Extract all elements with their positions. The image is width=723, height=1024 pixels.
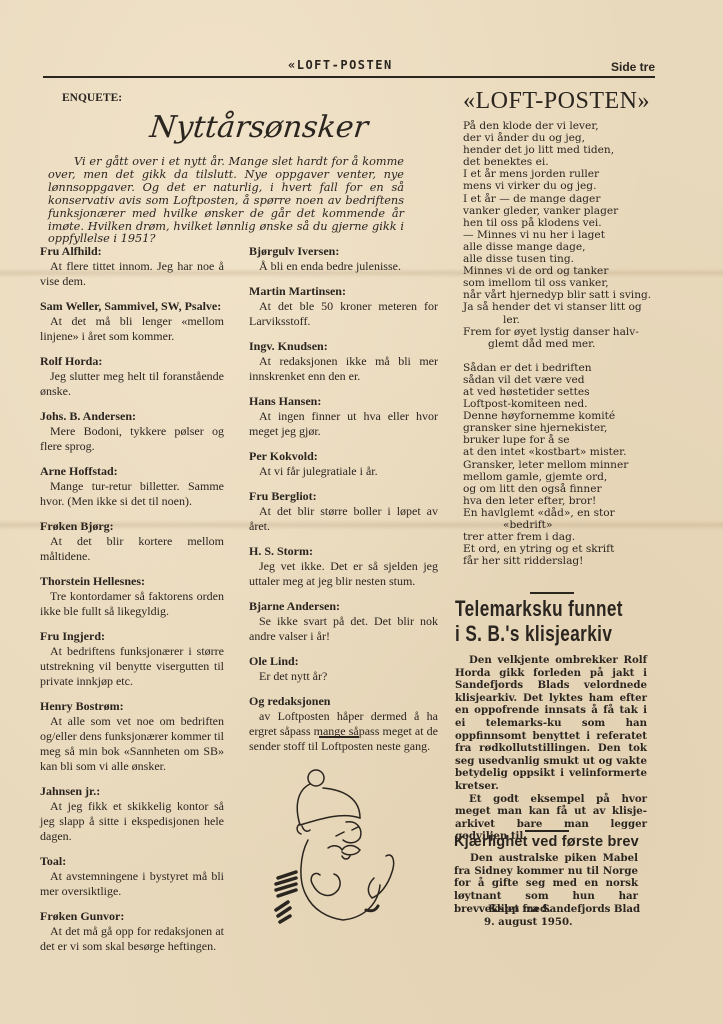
headline-line: i S. B.'s klisjearkiv bbox=[455, 621, 655, 646]
respondent-name: Fru Ingjerd: bbox=[40, 629, 224, 644]
poem-line: når vårt hjernedyp blir satt i sving. bbox=[463, 289, 663, 301]
article-title: Nyttårsønsker bbox=[148, 110, 370, 145]
poem-line: og om litt den også finner bbox=[463, 483, 663, 495]
respondent-answer: Jeg vet ikke. Det er så sjelden jeg utta… bbox=[249, 559, 438, 589]
running-head: «LOFT-POSTEN bbox=[288, 58, 393, 72]
respondent-answer: Å bli en enda bedre julenisse. bbox=[249, 259, 438, 274]
poem-line: hender det jo litt med tiden, bbox=[463, 144, 663, 156]
answer-entry: Thorstein Hellesnes:Tre kontordamer så f… bbox=[40, 574, 224, 619]
respondent-name: Fru Bergliot: bbox=[249, 489, 438, 504]
poem-line: Minnes vi de ord og tanker bbox=[463, 265, 663, 277]
poem-title: «LOFT-POSTEN» bbox=[463, 88, 650, 115]
brev-source: Klipp fra Sandefjords Blad 9. august 195… bbox=[488, 903, 640, 929]
answer-entry: Hans Hansen:At ingen finner ut hva eller… bbox=[249, 394, 438, 439]
respondent-name: Toal: bbox=[40, 854, 224, 869]
brev-headline: Kjærlighet ved første brev bbox=[454, 834, 639, 850]
answer-entry: Martin Martinsen:At det ble 50 kroner me… bbox=[249, 284, 438, 329]
poem-line: I et år mens jorden ruller bbox=[463, 168, 663, 180]
poem-body: På den klode der vi lever,der vi ånder d… bbox=[463, 120, 663, 567]
left-column: Fru Alfhild:At flere tittet innom. Jeg h… bbox=[40, 244, 224, 964]
poem-line: Sådan er det i bedriften bbox=[463, 362, 663, 374]
poem-line: vanker gleder, vanker plager bbox=[463, 205, 663, 217]
poem-line: som imellom til oss vanker, bbox=[463, 277, 663, 289]
answer-entry: Ole Lind:Er det nytt år? bbox=[249, 654, 438, 684]
respondent-answer: At det må gå opp for redaksjonen at det … bbox=[40, 924, 224, 954]
answer-entry: Fru Alfhild:At flere tittet innom. Jeg h… bbox=[40, 244, 224, 289]
section-divider bbox=[319, 736, 359, 738]
respondent-name: Bjarne Andersen: bbox=[249, 599, 438, 614]
answer-entry: Arne Hoffstad:Mange tur-retur billetter.… bbox=[40, 464, 224, 509]
poem-line: «bedrift» bbox=[463, 519, 663, 531]
respondent-answer: At det blir kortere mellom måltidene. bbox=[40, 534, 224, 564]
poem-line: — Minnes vi nu her i laget bbox=[463, 229, 663, 241]
poem-line: mens vi virker du og jeg. bbox=[463, 180, 663, 192]
respondent-name: Og redaksjonen bbox=[249, 694, 438, 709]
section-kicker: ENQUETE: bbox=[62, 92, 122, 104]
poem-line: Gransker, leter mellom minner bbox=[463, 459, 663, 471]
respondent-answer: At jeg fikk et skikkelig kontor så jeg s… bbox=[40, 799, 224, 844]
respondent-name: Frøken Bjørg: bbox=[40, 519, 224, 534]
poem-line: hva den leter efter, bror! bbox=[463, 495, 663, 507]
poem-line: gransker sine hjernekister, bbox=[463, 422, 663, 434]
respondent-answer: At det blir større boller i løpet av åre… bbox=[249, 504, 438, 534]
poem-line: Ja så hender det vi stanser litt og bbox=[463, 301, 663, 313]
answer-entry: Jahnsen jr.:At jeg fikk et skikkelig kon… bbox=[40, 784, 224, 844]
poem-line: mellom gamle, gjemte ord, bbox=[463, 471, 663, 483]
poem-line: trer atter frem i dag. bbox=[463, 531, 663, 543]
answer-entry: Toal:At avstemningene i bystyret må bli … bbox=[40, 854, 224, 899]
answer-entry: Henry Bostrøm:At alle som vet noe om bed… bbox=[40, 699, 224, 774]
headline-line: Telemarksku funnet bbox=[455, 596, 655, 621]
respondent-name: Hans Hansen: bbox=[249, 394, 438, 409]
respondent-name: Johs. B. Andersen: bbox=[40, 409, 224, 424]
poem-line: glemt dåd med mer. bbox=[463, 338, 663, 350]
poem-line: I et år — de mange dager bbox=[463, 193, 663, 205]
respondent-answer: Er det nytt år? bbox=[249, 669, 438, 684]
respondent-answer: At det må bli lenger «mellom linjene» i … bbox=[40, 314, 224, 344]
respondent-name: Fru Alfhild: bbox=[40, 244, 224, 259]
answer-entry: Frøken Gunvor:At det må gå opp for redak… bbox=[40, 909, 224, 954]
answer-entry: Frøken Bjørg:At det blir kortere mellom … bbox=[40, 519, 224, 564]
source-line: Klipp fra Sandefjords Blad bbox=[488, 903, 640, 916]
respondent-name: Ingv. Knudsen: bbox=[249, 339, 438, 354]
respondent-name: Frøken Gunvor: bbox=[40, 909, 224, 924]
section-divider bbox=[530, 592, 574, 594]
respondent-name: Henry Bostrøm: bbox=[40, 699, 224, 714]
article-paragraph: Den velkjente ombrekker Rolf Horda gikk … bbox=[455, 654, 647, 793]
respondent-name: Jahnsen jr.: bbox=[40, 784, 224, 799]
respondent-name: Bjørgulv Iversen: bbox=[249, 244, 438, 259]
telemark-headline: Telemarksku funnet i S. B.'s klisjearkiv bbox=[455, 596, 655, 646]
poem-line: bruker lupe for å se bbox=[463, 434, 663, 446]
respondent-name: Sam Weller, Sammivel, SW, Psalve: bbox=[40, 299, 224, 314]
respondent-name: Per Kokvold: bbox=[249, 449, 438, 464]
page-label: Side tre bbox=[611, 60, 655, 74]
poem-line: Denne høyfornemme komité bbox=[463, 410, 663, 422]
respondent-answer: Se ikke svart på det. Det blir nok andre… bbox=[249, 614, 438, 644]
poem-line: at ved høstetider settes bbox=[463, 386, 663, 398]
answer-entry: Sam Weller, Sammivel, SW, Psalve:At det … bbox=[40, 299, 224, 344]
answer-entry: Fru Bergliot:At det blir større boller i… bbox=[249, 489, 438, 534]
respondent-name: Thorstein Hellesnes: bbox=[40, 574, 224, 589]
respondent-name: H. S. Storm: bbox=[249, 544, 438, 559]
respondent-answer: At avstemningene i bystyret må bli mer o… bbox=[40, 869, 224, 899]
answer-entry: Fru Ingjerd:At bedriftens funksjonærer i… bbox=[40, 629, 224, 689]
poem-line: En havlglemt «dåd», en stor bbox=[463, 507, 663, 519]
respondent-answer: av Loftposten håper dermed å ha ergret s… bbox=[249, 709, 438, 754]
article-intro: Vi er gått over i et nytt år. Mange slet… bbox=[48, 156, 404, 246]
telemark-article: Den velkjente ombrekker Rolf Horda gikk … bbox=[455, 654, 647, 843]
respondent-answer: Jeg slutter meg helt til foranstående øn… bbox=[40, 369, 224, 399]
poem-line: får her sitt ridderslag! bbox=[463, 555, 663, 567]
respondent-answer: At flere tittet innom. Jeg har noe å vis… bbox=[40, 259, 224, 289]
respondent-answer: Mange tur-retur billetter. Samme hvor. (… bbox=[40, 479, 224, 509]
poem-line: alle disse mange dage, bbox=[463, 241, 663, 253]
answer-entry: Ingv. Knudsen:At redaksjonen ikke må bli… bbox=[249, 339, 438, 384]
respondent-name: Rolf Horda: bbox=[40, 354, 224, 369]
answer-entry: Og redaksjonenav Loftposten håper dermed… bbox=[249, 694, 438, 754]
section-divider bbox=[525, 830, 569, 832]
santa-illustration bbox=[268, 760, 418, 930]
poem-line: Et ord, en ytring og et skrift bbox=[463, 543, 663, 555]
poem-line: alle disse tusen ting. bbox=[463, 253, 663, 265]
respondent-answer: Mere Bodoni, tykkere pølser og flere spr… bbox=[40, 424, 224, 454]
poem-line: Loftpost-komiteen ned. bbox=[463, 398, 663, 410]
answer-entry: Johs. B. Andersen:Mere Bodoni, tykkere p… bbox=[40, 409, 224, 454]
respondent-answer: Tre kontordamer så faktorens orden ikke … bbox=[40, 589, 224, 619]
middle-column: Bjørgulv Iversen:Å bli en enda bedre jul… bbox=[249, 244, 438, 764]
poem-line: Frem for øyet lystig danser halv- bbox=[463, 326, 663, 338]
newspaper-page: «LOFT-POSTEN Side tre ENQUETE: Nyttårsøn… bbox=[0, 0, 723, 1024]
respondent-answer: At bedriftens funksjonærer i større utst… bbox=[40, 644, 224, 689]
stanza-break bbox=[463, 350, 663, 362]
poem-line: På den klode der vi lever, bbox=[463, 120, 663, 132]
answer-entry: Rolf Horda:Jeg slutter meg helt til fora… bbox=[40, 354, 224, 399]
respondent-name: Martin Martinsen: bbox=[249, 284, 438, 299]
answer-entry: Bjarne Andersen:Se ikke svart på det. De… bbox=[249, 599, 438, 644]
poem-line: det benektes ei. bbox=[463, 156, 663, 168]
respondent-answer: At alle som vet noe om bedriften og/elle… bbox=[40, 714, 224, 774]
respondent-answer: At redaksjonen ikke må bli mer innskrenk… bbox=[249, 354, 438, 384]
poem-line: hen til oss på klodens vei. bbox=[463, 217, 663, 229]
respondent-name: Ole Lind: bbox=[249, 654, 438, 669]
respondent-name: Arne Hoffstad: bbox=[40, 464, 224, 479]
source-line: 9. august 1950. bbox=[484, 916, 640, 929]
header-rule bbox=[43, 76, 655, 78]
respondent-answer: At ingen finner ut hva eller hvor meget … bbox=[249, 409, 438, 439]
answer-entry: H. S. Storm:Jeg vet ikke. Det er så sjel… bbox=[249, 544, 438, 589]
respondent-answer: At det ble 50 kroner meteren for Larviks… bbox=[249, 299, 438, 329]
poem-line: at den intet «kostbart» mister. bbox=[463, 446, 663, 458]
respondent-answer: At vi får julegratiale i år. bbox=[249, 464, 438, 479]
answer-entry: Per Kokvold:At vi får julegratiale i år. bbox=[249, 449, 438, 479]
answer-entry: Bjørgulv Iversen:Å bli en enda bedre jul… bbox=[249, 244, 438, 274]
poem-line: sådan vil det være ved bbox=[463, 374, 663, 386]
poem-line: der vi ånder du og jeg, bbox=[463, 132, 663, 144]
poem-line: ler. bbox=[463, 314, 663, 326]
